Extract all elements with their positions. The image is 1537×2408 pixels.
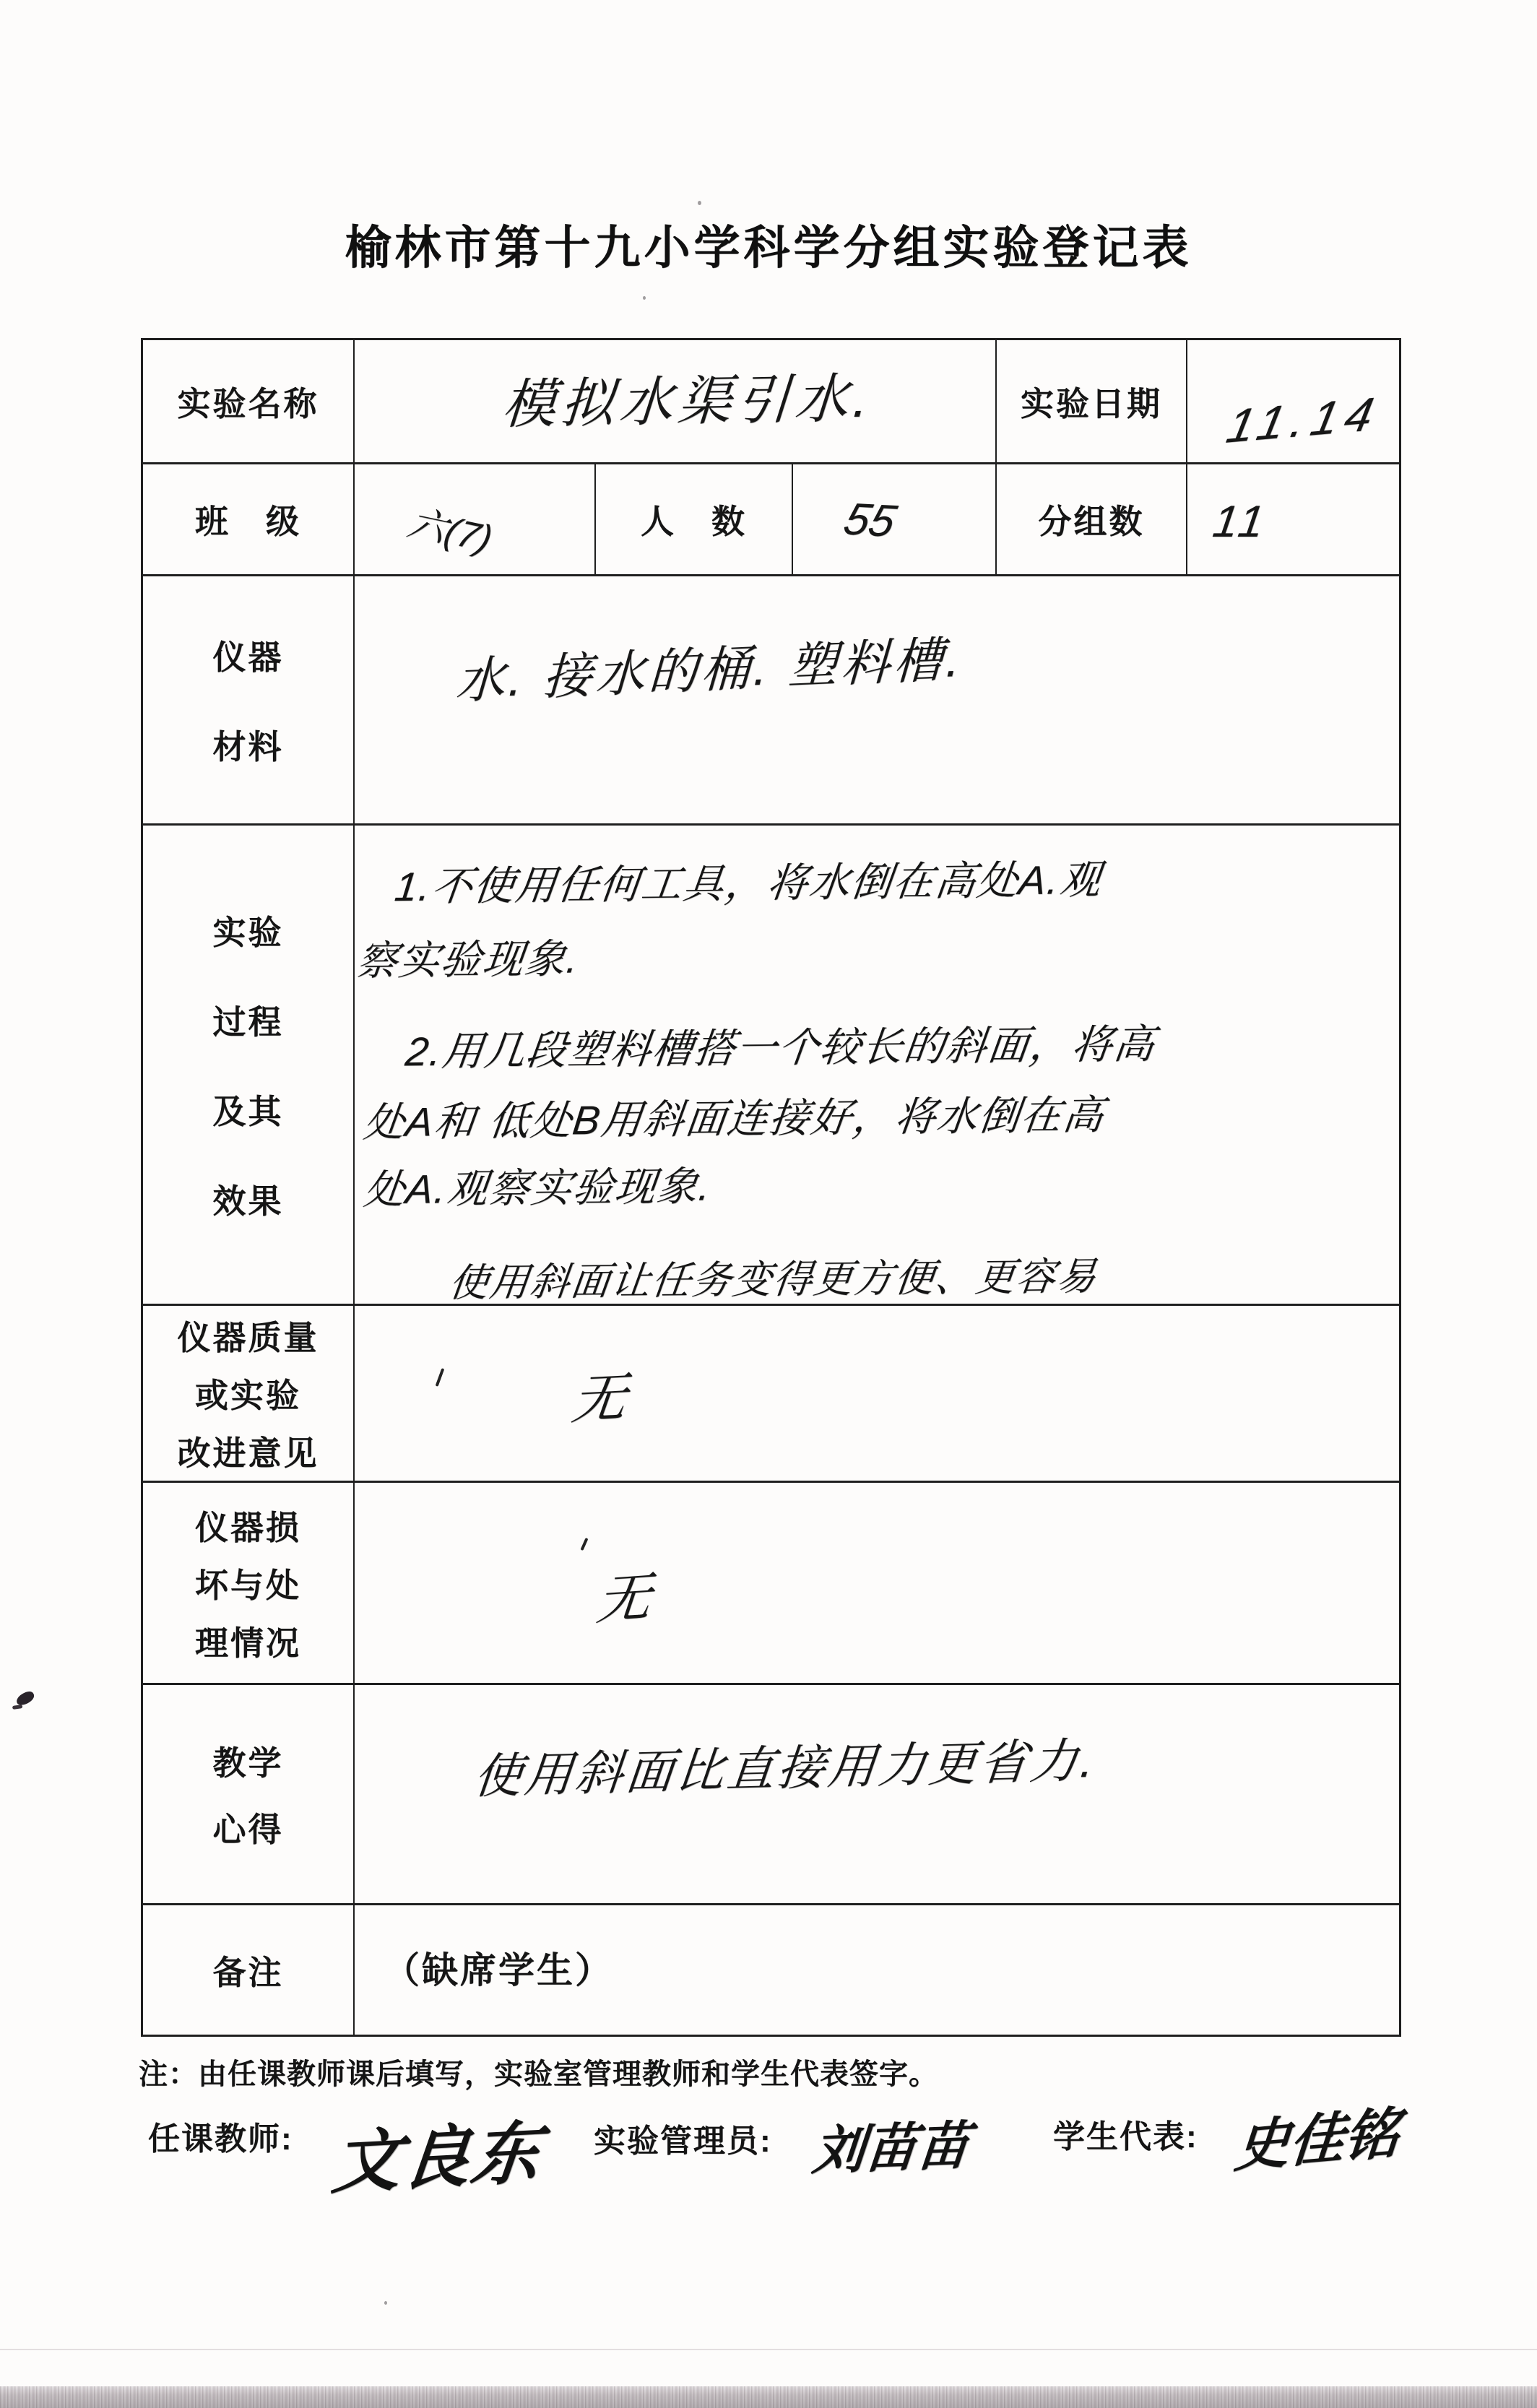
label-course-teacher: 任课教师:: [148, 2113, 293, 2159]
label-class: 班 级: [143, 464, 355, 574]
experiment-registration-table: 实验名称 模拟水渠引水. 实验日期 11.14 班 级 六(7) 人 数: [141, 338, 1401, 2037]
label-text: 分组数: [1039, 495, 1145, 543]
label-line: 坏与处: [195, 1559, 301, 1607]
label-experiment-date: 实验日期: [997, 340, 1187, 462]
cell-experiment-process-value: 1.不使用任何工具，将水倒在高处A.观 察实验现象. 2.用几段塑料槽搭一个较长…: [355, 826, 1399, 1304]
scan-artifact-line: [0, 2349, 1537, 2350]
handwritten-class: 六(7): [402, 493, 501, 563]
remarks-text: （缺席学生）: [384, 1941, 613, 1993]
handwritten-none: 无: [568, 1355, 631, 1434]
scan-speck: [384, 2301, 387, 2305]
row-remarks: 备注 （缺席学生）: [143, 1905, 1399, 2035]
handwritten-process-line: 处A.观察实验现象.: [361, 1154, 715, 1216]
row-experiment-name: 实验名称 模拟水渠引水. 实验日期 11.14: [143, 340, 1399, 464]
label-line: 仪器: [213, 631, 284, 679]
footer-note: 注：由任课教师课后填写，实验室管理教师和学生代表签字。: [139, 2051, 938, 2092]
label-group-count: 分组数: [997, 464, 1187, 574]
label-text: 人 数: [641, 495, 747, 543]
handwritten-date: 11.14: [1222, 386, 1385, 454]
label-line: 心得: [213, 1803, 284, 1851]
cell-experiment-date-value: 11.14: [1187, 340, 1399, 462]
row-class-info: 班 级 六(7) 人 数 55 分组数 11: [143, 464, 1399, 576]
signature-course-teacher: 文良东: [329, 2097, 547, 2206]
label-text: 实验名称: [178, 378, 319, 425]
stray-pen-mark: [436, 1368, 445, 1387]
signature-student-representative: 史佳铭: [1232, 2088, 1403, 2182]
label-equipment-materials: 仪器 材料: [143, 576, 355, 823]
label-line: 仪器质量: [178, 1312, 319, 1359]
label-line: 过程: [213, 996, 284, 1044]
handwritten-process-line: 处A和 低处B用斜面连接好，将水倒在高: [361, 1083, 1109, 1149]
scanned-form-page: 榆林市第十九小学科学分组实验登记表 实验名称 模拟水渠引水. 实验日期 11.1…: [0, 0, 1537, 2408]
label-line: 教学: [213, 1737, 284, 1785]
row-improvement-suggestions: 仪器质量 或实验 改进意见 无: [143, 1306, 1399, 1483]
handwritten-insight: 使用斜面比直接用力更省力.: [472, 1722, 1101, 1807]
label-experiment-name: 实验名称: [143, 340, 355, 462]
handwritten-process-line: 2.用几段塑料槽搭一个较长的斜面，将高: [403, 1013, 1159, 1078]
stray-pen-mark: [581, 1538, 589, 1551]
handwritten-headcount: 55: [839, 493, 901, 547]
ink-blot: [14, 1689, 36, 1707]
label-remarks: 备注: [143, 1905, 355, 2035]
label-teaching-insight: 教学 心得: [143, 1685, 355, 1903]
scan-speck: [643, 296, 646, 300]
label-line: 改进意见: [178, 1427, 319, 1475]
scan-edge-band: [0, 2386, 1537, 2408]
signature-lab-manager: 刘苗苗: [810, 2103, 972, 2184]
cell-remarks-value: （缺席学生）: [355, 1905, 1399, 2035]
label-text: 班 级: [195, 495, 301, 543]
label-student-representative: 学生代表:: [1053, 2110, 1198, 2157]
row-teaching-insight: 教学 心得 使用斜面比直接用力更省力.: [143, 1685, 1399, 1905]
label-line: 仪器损: [195, 1502, 301, 1549]
label-lab-manager: 实验管理员:: [594, 2115, 772, 2161]
label-improvement-suggestions: 仪器质量 或实验 改进意见: [143, 1306, 355, 1481]
label-line: 理情况: [195, 1617, 301, 1665]
cell-equipment-materials-value: 水. 接水的桶. 塑料槽.: [355, 576, 1399, 823]
label-headcount: 人 数: [596, 464, 793, 574]
cell-improvement-value: 无: [355, 1306, 1399, 1481]
cell-group-count-value: 11: [1187, 464, 1399, 574]
label-line: 或实验: [195, 1369, 301, 1417]
handwritten-process-line: 察实验现象.: [354, 927, 583, 987]
handwritten-none: 无: [594, 1555, 654, 1635]
label-line: 及其: [213, 1086, 284, 1133]
label-line: 效果: [213, 1175, 284, 1223]
handwritten-group-count: 11: [1210, 496, 1270, 547]
cell-headcount-value: 55: [793, 464, 997, 574]
scan-speck: [698, 201, 701, 205]
label-equipment-damage: 仪器损 坏与处 理情况: [143, 1483, 355, 1683]
handwritten-materials: 水. 接水的桶. 塑料槽.: [454, 620, 965, 713]
label-line: 实验: [213, 906, 284, 954]
cell-damage-value: 无: [355, 1483, 1399, 1683]
page-title: 榆林市第十九小学科学分组实验登记表: [0, 211, 1537, 277]
handwritten-process-line: 使用斜面让任务变得更方便、更容易: [446, 1245, 1101, 1307]
row-equipment-materials: 仪器 材料 水. 接水的桶. 塑料槽.: [143, 576, 1399, 826]
cell-class-value: 六(7): [355, 464, 596, 574]
cell-experiment-name-value: 模拟水渠引水.: [355, 340, 997, 462]
handwritten-process-line: 1.不使用任何工具，将水倒在高处A.观: [392, 848, 1106, 913]
label-text: 实验日期: [1021, 378, 1162, 425]
label-line: 材料: [213, 721, 284, 768]
handwritten-experiment-name: 模拟水渠引水.: [500, 355, 876, 438]
label-text: 备注: [213, 1946, 284, 1994]
label-experiment-process: 实验 过程 及其 效果: [143, 826, 355, 1304]
row-experiment-process: 实验 过程 及其 效果 1.不使用任何工具，将水倒在高处A.观 察实验现象. 2…: [143, 826, 1399, 1306]
row-equipment-damage: 仪器损 坏与处 理情况 无: [143, 1483, 1399, 1685]
cell-teaching-insight-value: 使用斜面比直接用力更省力.: [355, 1685, 1399, 1903]
